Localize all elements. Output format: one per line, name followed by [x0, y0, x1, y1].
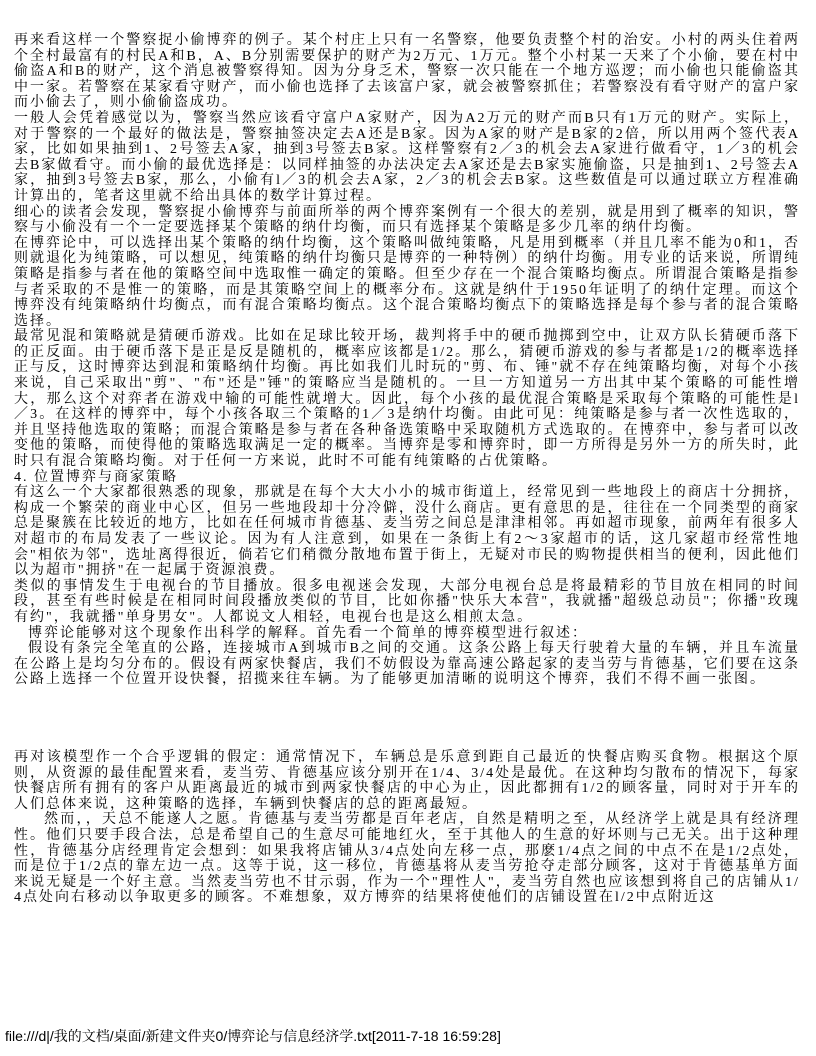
document-page: { "document": { "blocks": [ "再来看这样一个警察捉小…	[0, 0, 816, 1056]
paragraph-police-lottery-strategy: 一般人会凭着感觉以为，警察当然应该看守富户A家财产，因为A2万元的财产而B只有1…	[14, 111, 800, 205]
paragraph-tv-programs: 类似的事情发生于电视台的节目播放。很多电视迷会发现，大部分电视台总是将最精彩的节…	[14, 579, 800, 626]
paragraph-store-clustering: 有这么一个大家都很熟悉的现象，那就是在每个大大小小的城市街道上，经常见到一些地段…	[14, 485, 800, 579]
paragraph-coin-toss-game: 最常见混和策略就是猜硬币游戏。比如在足球比较开场，裁判将手中的硬币抛掷到空中，让…	[14, 329, 800, 469]
paragraph-game-model-intro: 博弈论能够对这个现象作出科学的解释。首先看一个简单的博弈模型进行叙述：	[14, 626, 800, 642]
paragraph-pure-mixed-strategy: 在博弈论中，可以选择出某个策略的纳什均衡，这个策略叫做纯策略，凡是用到概率（并且…	[14, 236, 800, 330]
paragraph-police-thief-example: 再来看这样一个警察捉小偷博弈的例子。某个村庄上只有一名警察，他要负责整个村的治安…	[14, 33, 800, 111]
paragraph-optimal-positions: 再对该模型作一个合乎逻辑的假定：通常情况下，车辆总是乐意到距自己最近的快餐店购买…	[14, 750, 800, 812]
footer-file-path: file:///d|/我的文档/桌面/新建文件夹0/博弈论与信息经济学.txt[…	[5, 1026, 501, 1046]
paragraph-highway-assumption: 假设有条完全笔直的公路，连接城市A到城市B之间的交通。这条公路上每天行驶着大量的…	[14, 641, 800, 688]
section-heading-location-game: 4. 位置博弈与商家策略	[14, 470, 800, 486]
figure-placeholder	[14, 688, 800, 750]
text-page: 再来看这样一个警察捉小偷博弈的例子。某个村庄上只有一名警察，他要负责整个村的治安…	[0, 0, 816, 906]
paragraph-probability-difference: 细心的读者会发现，警察捉小偷博弈与前面所举的两个博弈案例有一个很大的差别，就是用…	[14, 205, 800, 236]
paragraph-kfc-mcdonalds-rivalry: 然而，，天总不能遂人之愿。肯德基与麦当劳都是百年老店，自然是精明之至，从经济学上…	[14, 812, 800, 906]
